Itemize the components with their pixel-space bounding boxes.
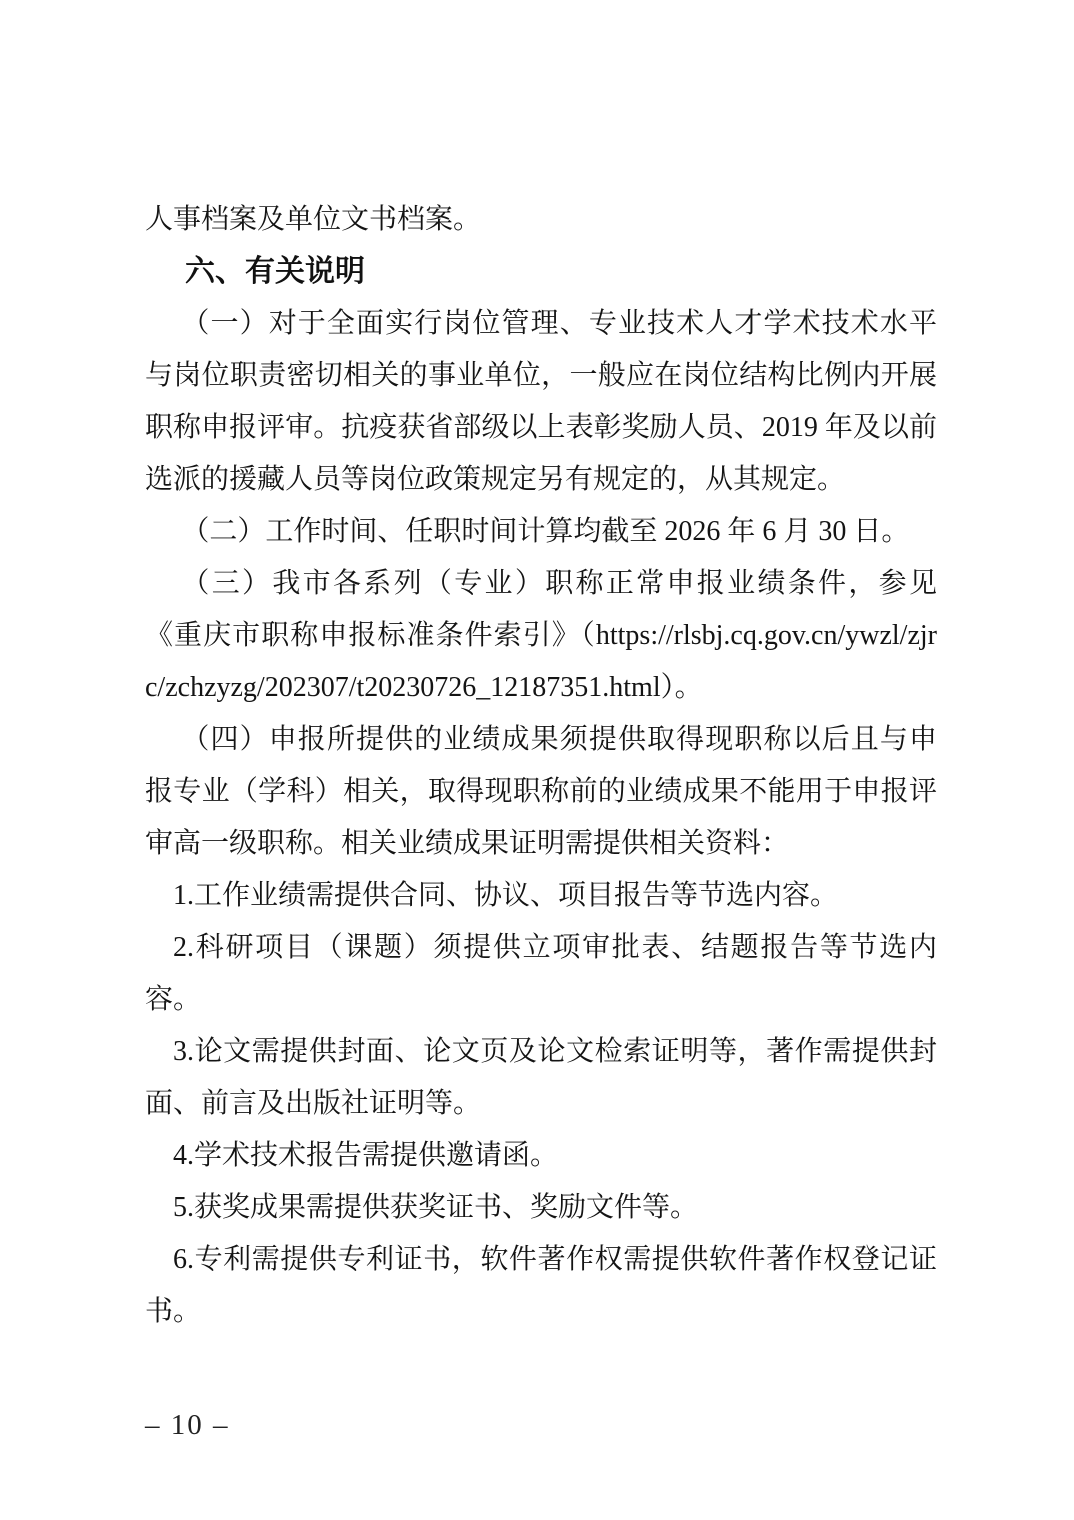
section-heading: 六、有关说明 xyxy=(145,246,937,298)
list-item-6: 6.专利需提供专利证书，软件著作权需提供软件著作权登记证书。 xyxy=(145,1234,937,1338)
paragraph-item-1: （一）对于全面实行岗位管理、专业技术人才学术技术水平与岗位职责密切相关的事业单位… xyxy=(145,298,937,506)
list-item-4: 4.学术技术报告需提供邀请函。 xyxy=(145,1130,937,1182)
list-item-1: 1.工作业绩需提供合同、协议、项目报告等节选内容。 xyxy=(145,870,937,922)
continuation-paragraph: 人事档案及单位文书档案。 xyxy=(145,194,937,246)
page-number: – 10 – xyxy=(145,1399,230,1451)
paragraph-item-2: （二）工作时间、任职时间计算均截至 2026 年 6 月 30 日。 xyxy=(145,506,937,558)
list-item-3: 3.论文需提供封面、论文页及论文检索证明等，著作需提供封面、前言及出版社证明等。 xyxy=(145,1026,937,1130)
document-body: 人事档案及单位文书档案。 六、有关说明 （一）对于全面实行岗位管理、专业技术人才… xyxy=(145,194,937,1338)
list-item-2: 2.科研项目（课题）须提供立项审批表、结题报告等节选内容。 xyxy=(145,922,937,1026)
document-page: 人事档案及单位文书档案。 六、有关说明 （一）对于全面实行岗位管理、专业技术人才… xyxy=(0,0,1074,1520)
list-item-5: 5.获奖成果需提供获奖证书、奖励文件等。 xyxy=(145,1182,937,1234)
paragraph-item-3-with-url: （三）我市各系列（专业）职称正常申报业绩条件，参见《重庆市职称申报标准条件索引》… xyxy=(145,558,937,714)
paragraph-item-4: （四）申报所提供的业绩成果须提供取得现职称以后且与申报专业（学科）相关，取得现职… xyxy=(145,714,937,870)
